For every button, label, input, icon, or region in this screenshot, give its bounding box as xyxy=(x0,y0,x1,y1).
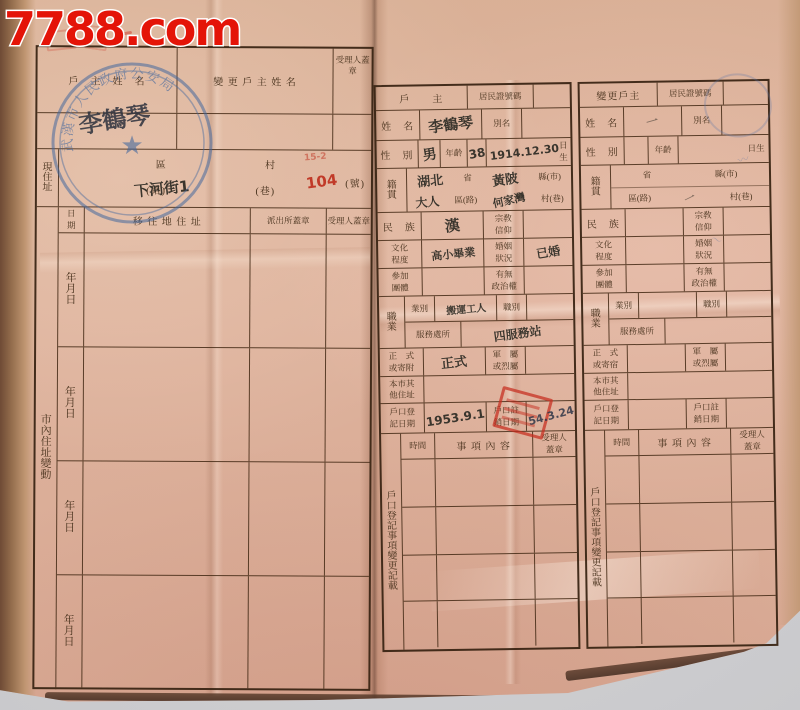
name-dash: 一 xyxy=(645,111,661,131)
sex-handwritten: 男 xyxy=(421,143,438,165)
village-label: 村 xyxy=(265,156,276,171)
red-number-note: 15-2 xyxy=(304,152,327,164)
log-row-police-cell xyxy=(249,462,326,575)
alias-value xyxy=(522,108,570,138)
log-row-date-cell: 年 月 日 xyxy=(57,461,84,574)
formal-handwritten: 正式 xyxy=(440,351,468,373)
sex-label: 性 別 xyxy=(376,140,418,168)
change-host-name-label: 變 更 戶 主 姓 名 xyxy=(213,73,297,88)
political-rights-value xyxy=(724,263,770,291)
acceptor-seal-label: 受理人蓋章 xyxy=(334,55,372,77)
village-label: 村(巷) xyxy=(730,191,753,202)
cover-edge-shadow xyxy=(565,645,780,681)
industry-label: 業別 xyxy=(609,293,639,318)
province-handwritten: 湖北 xyxy=(416,168,444,190)
age-handwritten: 38 xyxy=(467,145,486,162)
political-rights-value xyxy=(524,266,572,294)
log-row-date-cell: 年 月 日 xyxy=(58,347,85,460)
district-label: 區(路) xyxy=(628,193,651,204)
changed-household-head-form: 變更戶主 居民證號碼 姓 名 一 別名 性 別 年齡 日生 籍 貫 xyxy=(578,79,779,649)
sex-label: 性 別 xyxy=(580,137,624,165)
religion-label: 宗敎 信仰 xyxy=(484,211,524,239)
age-label: 年齡 xyxy=(648,136,678,163)
log-row-address-cell xyxy=(84,347,251,461)
office-label: 服務處所 xyxy=(405,322,461,348)
education-label: 文化 程度 xyxy=(582,237,626,265)
county-label: 縣(市) xyxy=(538,172,561,183)
right-page-forms: 戶 主 居民證號碼 姓 名 李鶴琴 別名 性 別 男 年齡 38 1914.12… xyxy=(374,79,779,652)
number-label: (號) xyxy=(345,175,365,190)
county-label: 縣(市) xyxy=(715,169,738,180)
formal-value xyxy=(628,344,686,372)
seal-header: 受理人 蓋章 xyxy=(731,428,773,454)
military-label: 軍 屬 或烈屬 xyxy=(486,347,526,375)
stamp-star-icon: ★ xyxy=(120,131,143,160)
religion-value xyxy=(524,210,572,238)
organization-label: 參加 團體 xyxy=(582,265,626,293)
age-label: 年齡 xyxy=(441,140,468,167)
log-row-date-cell: 年 月 日 xyxy=(56,575,83,687)
log-row-address-cell xyxy=(82,575,249,688)
house-number-handwritten: 104 xyxy=(305,171,338,193)
register-date-value xyxy=(629,399,687,429)
province-label: 省 xyxy=(463,173,472,184)
title-value xyxy=(527,294,573,320)
content-header: 事 項 內 容 xyxy=(435,432,533,459)
other-address-label: 本市其 他住址 xyxy=(584,373,628,400)
log-row-seal-cell xyxy=(326,349,371,462)
other-address-value xyxy=(628,371,772,399)
occupation-label: 職 業 xyxy=(379,297,406,348)
ethnic-label: 民 族 xyxy=(582,209,626,237)
origin-label: 籍 貫 xyxy=(377,169,408,212)
cancel-date-label: 戶口註 銷日期 xyxy=(687,399,727,429)
title-label: 職別 xyxy=(697,292,727,317)
log-row-seal-cell xyxy=(326,235,371,348)
political-rights-label: 有無 政治權 xyxy=(684,264,724,292)
title-value xyxy=(727,291,771,317)
log-acceptor-seal-header: 受理人蓋章 xyxy=(327,209,371,234)
education-handwritten: 高小畢業 xyxy=(430,243,475,263)
military-value xyxy=(726,343,772,371)
military-value xyxy=(526,346,574,374)
head-label: 變更戶主 xyxy=(580,83,658,107)
district-label: 區(路) xyxy=(454,195,477,206)
resident-id-label: 居民證號碼 xyxy=(468,85,534,109)
log-row-date-cell: 年 月 日 xyxy=(58,233,85,346)
ethnic-label: 民 族 xyxy=(378,212,422,240)
city-address-change-side-label: 市 內 住 址 變 動 xyxy=(34,207,59,689)
log-row-address-cell xyxy=(84,233,251,347)
register-date-handwritten: 1953.9.1 xyxy=(425,406,486,429)
organization-value xyxy=(422,267,484,295)
photo-of-household-register: 戶 主 姓 名 變 更 戶 主 姓 名 受理人蓋章 現 住 址 區 村 (路) … xyxy=(0,0,800,710)
register-date-label: 戶口登 記日期 xyxy=(381,403,425,433)
time-header: 時間 xyxy=(605,430,639,456)
movement-log-table: 日 期 移 往 地 住 址 派出所蓋章 受理人蓋章 年 月 日 年 月 日 xyxy=(56,207,371,691)
marriage-label: 婚姻 狀況 xyxy=(484,239,524,267)
booklet-right-cover-edge xyxy=(778,0,800,625)
political-rights-label: 有無 政治權 xyxy=(484,267,524,295)
office-label: 服務處所 xyxy=(609,319,665,345)
formal-label: 正 式 或寄宿 xyxy=(584,345,628,373)
resident-id-value xyxy=(534,84,570,108)
province-label: 省 xyxy=(643,170,652,181)
acceptor-seal-header-cell: 受理人蓋章 xyxy=(333,49,371,114)
cover-edge-shadow xyxy=(45,692,575,704)
alias-label: 別名 xyxy=(482,109,522,139)
organization-value xyxy=(626,264,684,292)
formal-label: 正 式 或寄附 xyxy=(380,348,424,376)
marriage-handwritten: 已婚 xyxy=(535,242,561,263)
site-watermark: 7788.com xyxy=(4,2,240,56)
time-header: 時間 xyxy=(401,433,435,459)
cancel-date-value xyxy=(727,398,773,428)
other-address-label: 本市其 他住址 xyxy=(380,376,424,403)
district-handwritten: 大人 xyxy=(414,192,439,211)
log-row-police-cell xyxy=(250,234,327,347)
booklet-left-cover-edge xyxy=(0,0,36,710)
log-police-seal-header: 派出所蓋章 xyxy=(251,208,327,233)
marriage-value xyxy=(724,235,770,263)
industry-label: 業別 xyxy=(405,296,435,321)
head-label: 戶 主 xyxy=(376,86,468,110)
office-value xyxy=(665,317,771,344)
name-label: 姓 名 xyxy=(580,107,624,137)
religion-value xyxy=(724,207,770,235)
sex-value xyxy=(624,137,648,164)
organization-label: 參加 團體 xyxy=(378,268,422,296)
log-row-seal-cell xyxy=(325,463,370,576)
log-row-seal-cell xyxy=(324,577,369,689)
lane-label: (巷) xyxy=(255,182,275,197)
log-row-police-cell xyxy=(248,576,325,688)
occupation-label: 職 業 xyxy=(583,293,610,344)
birth-handwritten: 1914.12.30 xyxy=(489,142,560,163)
village-handwritten: 何家灣 xyxy=(491,189,527,212)
military-label: 軍 屬 或烈屬 xyxy=(686,344,726,372)
birth-label: 日生 xyxy=(748,143,765,154)
village-label: 村(巷) xyxy=(541,194,564,205)
title-label: 職別 xyxy=(497,295,527,320)
log-row-police-cell xyxy=(250,348,327,461)
police-round-stamp: 武漢市人民政府公安局 ★ xyxy=(48,56,216,230)
register-date-label: 戶口登 記日期 xyxy=(585,400,629,430)
education-label: 文化 程度 xyxy=(378,240,422,268)
education-value xyxy=(626,236,684,264)
name-label: 姓 名 xyxy=(376,110,420,140)
household-head-form: 戶 主 居民證號碼 姓 名 李鶴琴 別名 性 別 男 年齡 38 1914.12… xyxy=(374,82,581,652)
name-handwritten: 李鶴琴 xyxy=(427,111,474,137)
industry-handwritten: 搬運工人 xyxy=(445,299,486,317)
origin-label: 籍 貫 xyxy=(581,165,612,208)
office-handwritten: 四服務站 xyxy=(493,322,543,345)
village-dash: 一 xyxy=(682,188,699,207)
ethnic-handwritten: 漢 xyxy=(444,214,461,237)
log-row-address-cell xyxy=(83,461,250,575)
industry-value xyxy=(639,292,697,318)
content-header: 事 項 內 容 xyxy=(639,429,731,455)
ethnic-value xyxy=(626,208,684,236)
county-handwritten: 黃陂 xyxy=(491,167,519,189)
acceptor-seal-value-cell xyxy=(333,115,371,150)
birth-label: 日生 xyxy=(559,141,568,163)
